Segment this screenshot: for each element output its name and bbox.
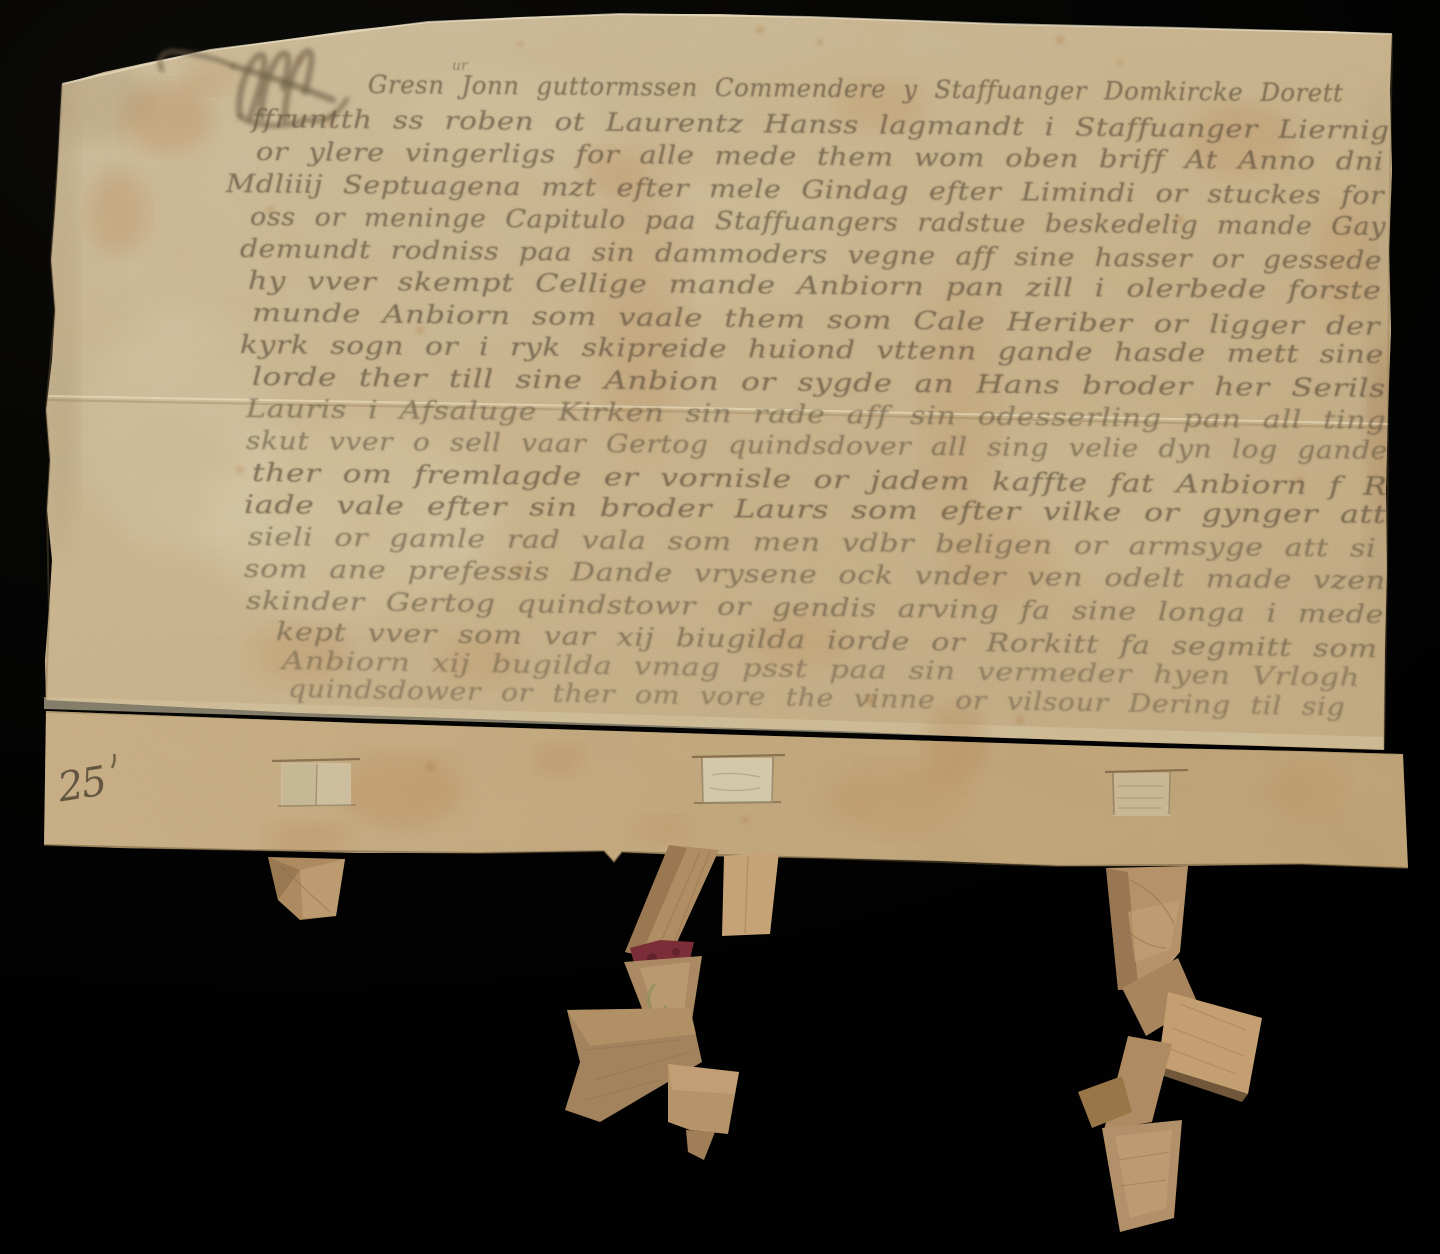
parchment-photo [0,0,1440,1254]
seal-tag-middle [565,845,779,1160]
slit-middle [692,755,785,803]
stains-layer [40,0,1412,880]
seal-tag-right [1078,866,1262,1232]
photo-stage: ur Gresn Jonn guttormssen Commendere y S… [0,0,1440,1254]
parchment-grain [40,0,1412,880]
slit-left [272,759,360,806]
seal-tag-left [268,857,345,920]
